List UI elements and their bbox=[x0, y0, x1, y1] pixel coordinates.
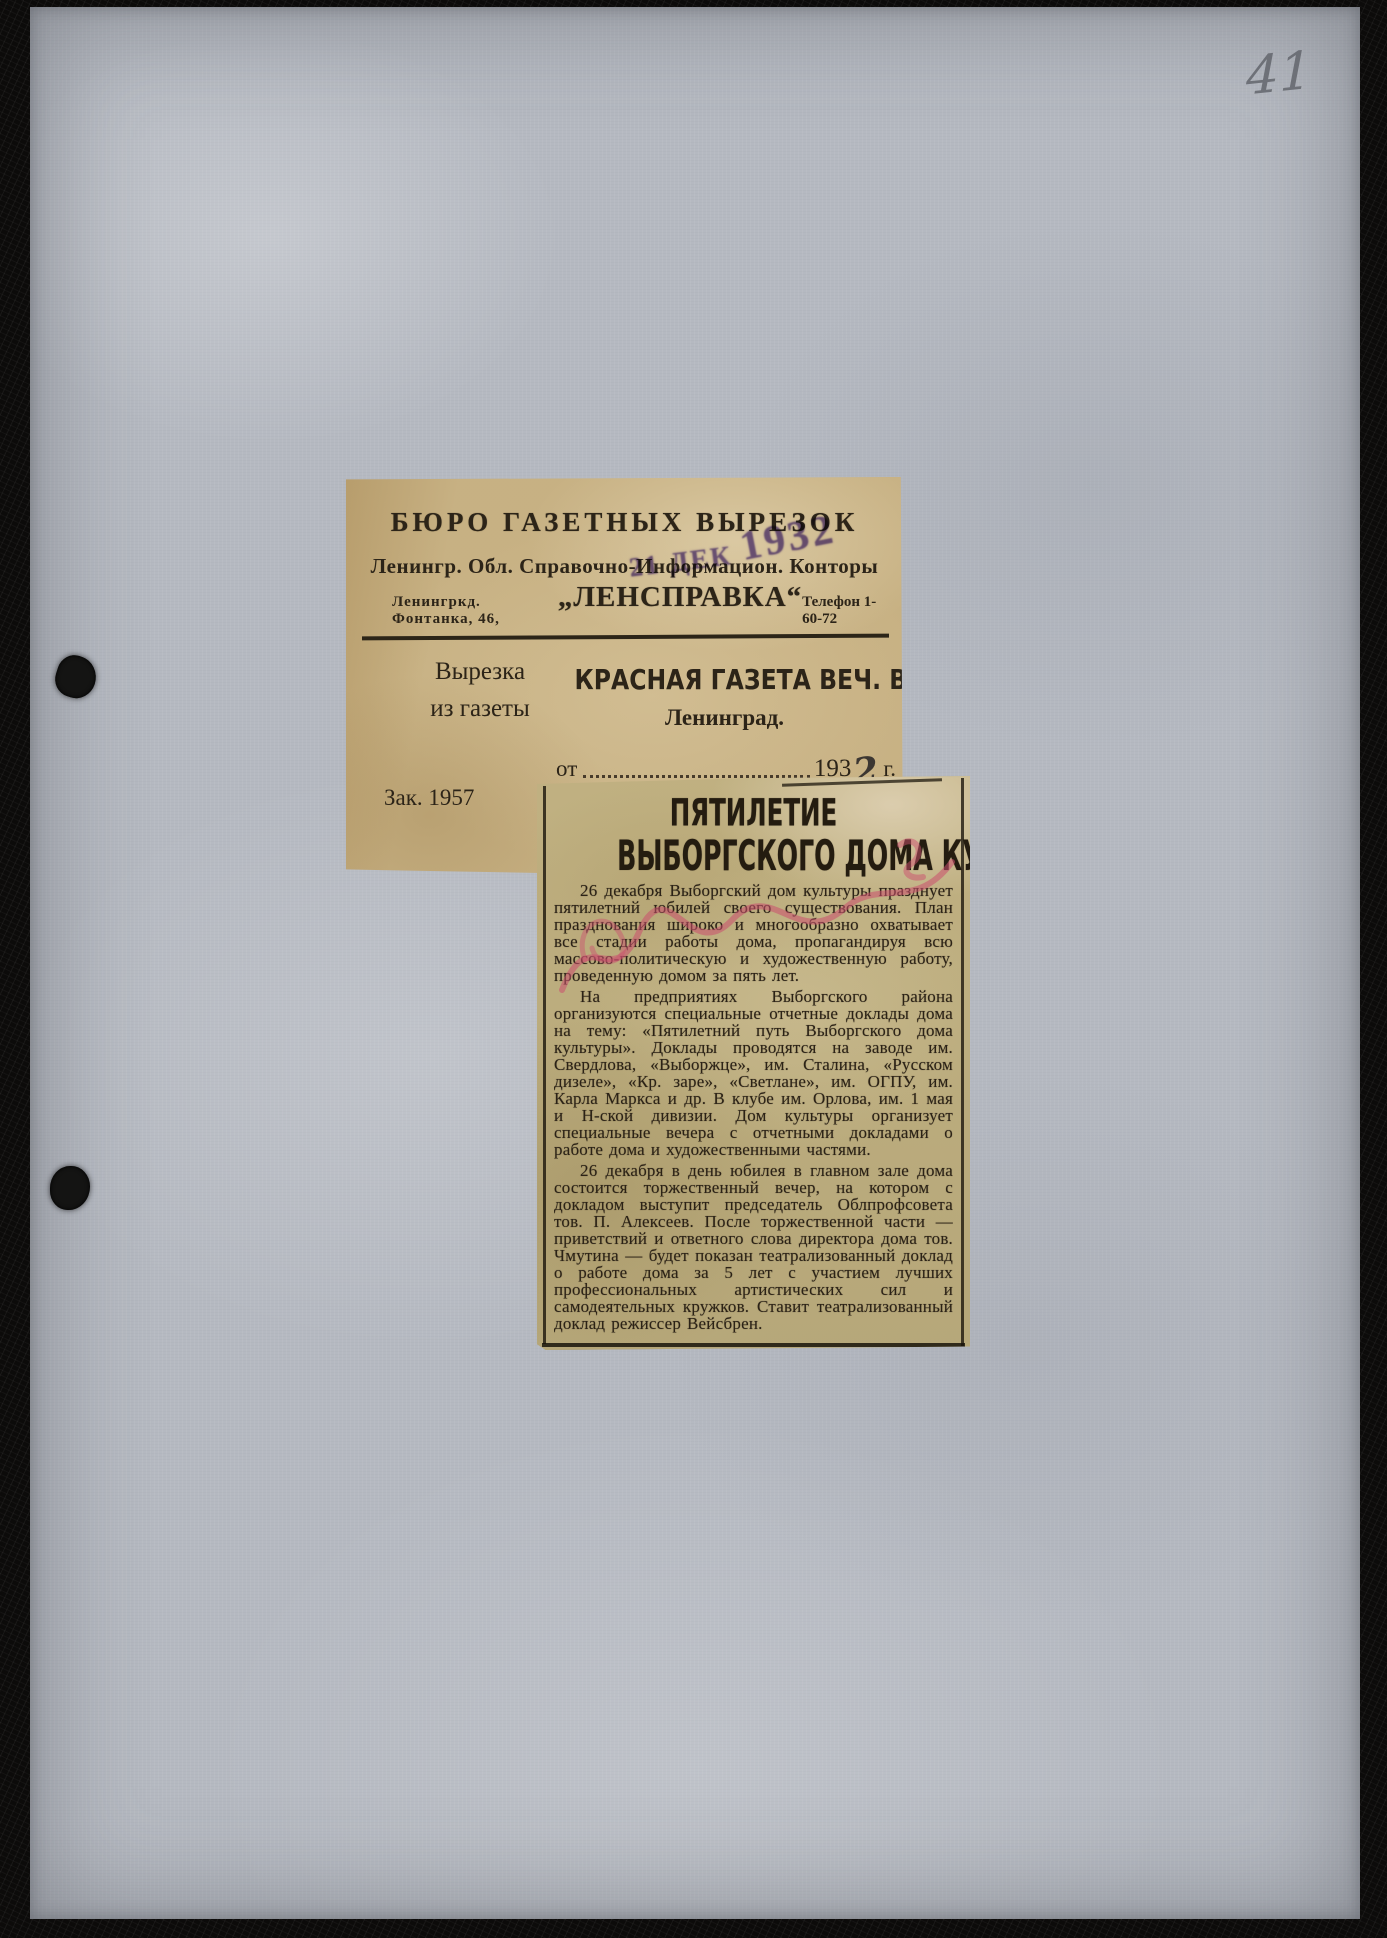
bureau-phone: Телефон 1-60-72 bbox=[802, 594, 892, 628]
date-dotted-line bbox=[583, 774, 810, 778]
clipping-paragraph: 26 декабря в день юбилея в главном зале … bbox=[554, 1162, 953, 1332]
page-number-pencil: 41 bbox=[1246, 40, 1312, 107]
column-rule-left bbox=[543, 786, 546, 1344]
divider-rule bbox=[362, 634, 889, 641]
cut-from-caption: Вырезка из газеты bbox=[402, 653, 558, 727]
clipping-bottom-rule bbox=[542, 1343, 965, 1347]
cut-from-line2: из газеты bbox=[402, 690, 558, 727]
clipping-headline-line1: ПЯТИЛЕТИЕ bbox=[606, 792, 900, 835]
clipping-headline-line2: ВЫБОРГСКОГО ДОМА КУЛЬТУРЫ bbox=[617, 832, 890, 880]
bureau-address-row: Ленингркд. Фонтанка, 46, „ЛЕНСПРАВКА“ Те… bbox=[392, 581, 892, 633]
order-number: Зак. 1957 bbox=[384, 785, 474, 811]
newspaper-clipping: ПЯТИЛЕТИЕ ВЫБОРГСКОГО ДОМА КУЛЬТУРЫ 26 д… bbox=[537, 776, 970, 1350]
clipping-body: 26 декабря Выборгский дом культуры празд… bbox=[554, 882, 953, 1340]
newspaper-name: КРАСНАЯ ГАЗЕТА ВЕЧ. ВЫП. bbox=[575, 663, 875, 696]
scanned-album-page: 41 БЮРО ГАЗЕТНЫХ ВЫРЕЗОК Ленингр. Обл. С… bbox=[0, 0, 1387, 1938]
clipping-paragraph: 26 декабря Выборгский дом культуры празд… bbox=[554, 882, 953, 984]
stamp-day: 21 bbox=[627, 549, 661, 583]
cut-from-line1: Вырезка bbox=[402, 653, 558, 690]
date-prefix: от bbox=[556, 756, 577, 782]
bureau-address: Ленингркд. Фонтанка, 46, bbox=[392, 594, 558, 628]
stamp-month: ДЕК bbox=[668, 540, 733, 577]
clipping-top-rule bbox=[782, 778, 942, 787]
newspaper-city: Ленинград. bbox=[546, 705, 903, 731]
clipping-paragraph: На предприятиях Выборгского района орган… bbox=[554, 988, 953, 1158]
bureau-brand-name: „ЛЕНСПРАВКА“ bbox=[558, 581, 802, 614]
